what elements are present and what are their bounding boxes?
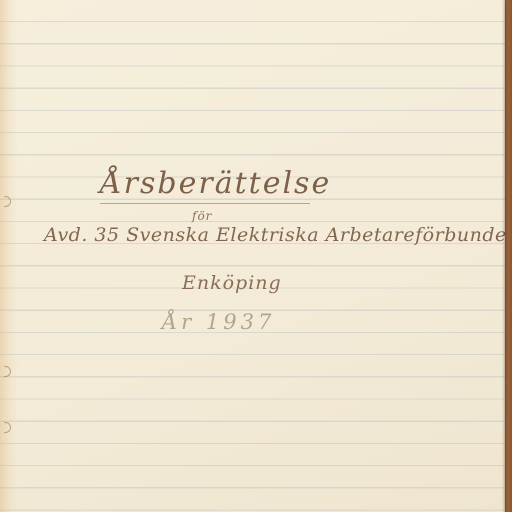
binding-hole xyxy=(4,422,11,433)
handwritten-title: Årsberättelse xyxy=(100,166,331,201)
handwritten-organization: Avd. 35 Svenska Elektriska Arbetareförbu… xyxy=(44,224,512,246)
handwritten-year: År 1937 xyxy=(162,310,275,334)
handwritten-preposition: för xyxy=(192,209,212,223)
binding-hole xyxy=(4,196,11,207)
handwritten-city: Enköping xyxy=(182,272,282,294)
binding-hole xyxy=(4,366,11,377)
title-flourish xyxy=(100,203,310,204)
book-cover-edge xyxy=(505,0,512,512)
notebook-page: Årsberättelse för Avd. 35 Svenska Elektr… xyxy=(0,0,506,512)
